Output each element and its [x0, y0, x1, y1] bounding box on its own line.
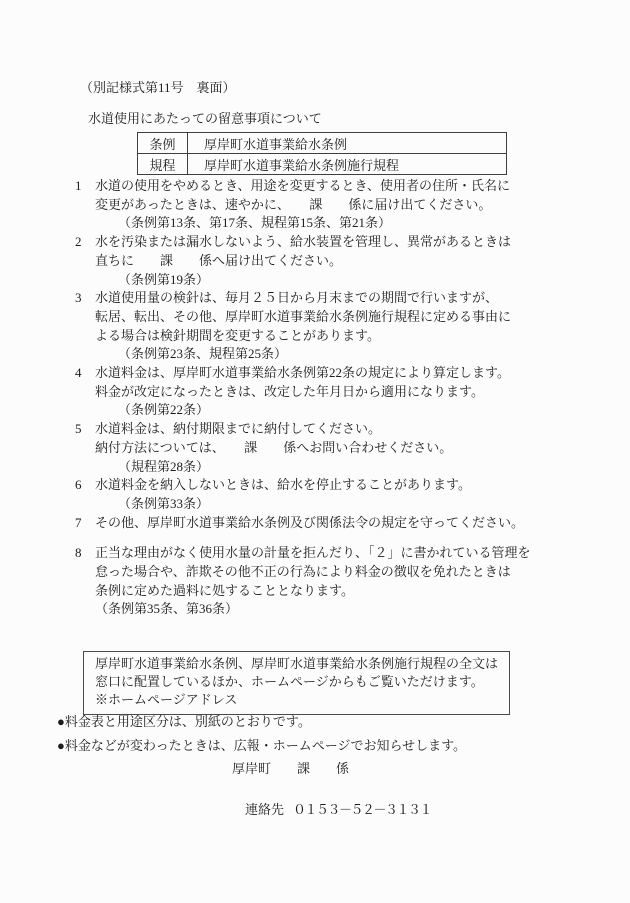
footer-office-line: 厚岸町 課 係 [232, 758, 349, 777]
phone-number: ０１５３－５２－３１３１ [293, 802, 431, 817]
note-item-6: 6 水道料金を納入しないときは、給水を停止することがあります。 （条例第33条） [75, 476, 580, 513]
item-citation: （条例第13条、第17条、規程第15条、第21条） [95, 214, 580, 233]
item-line: 正当な理由がなく使用水量の計量を拒んだり、「２」に書かれている管理を [95, 544, 580, 563]
item-number: 8 [75, 544, 95, 619]
notice-line: ※ホームページアドレス [95, 691, 509, 709]
item-body: 水道の使用をやめるとき、用途を変更するとき、使用者の住所・氏名に 変更があったと… [95, 177, 580, 233]
footer-contact-line: 連絡先０１５３－５２－３１３１ [232, 783, 431, 834]
regulation-reference-table: 条例 厚岸町水道事業給水条例 規程 厚岸町水道事業給水条例施行規程 [137, 132, 507, 175]
bullet-note: ●料金などが変わったときは、広報・ホームページでお知らせします。 [57, 734, 577, 758]
bullet-notes: ●料金表と用途区分は、別紙のとおりです。 ●料金などが変わったときは、広報・ホー… [57, 710, 577, 758]
notice-line: 窓口に配置しているほか、ホームページからもご覧いただけます。 [95, 673, 509, 691]
item-line: 直ちに 課 係へ届け出てください。 [95, 252, 580, 271]
item-line: 水道料金は、厚岸町水道事業給水条例第22条の規定により算定します。 [95, 364, 580, 383]
item-body: 水道使用量の検針は、毎月２５日から月末までの期間で行いますが、 転居、転出、その… [95, 289, 580, 364]
item-line: その他、厚岸町水道事業給水条例及び関係法令の規定を守ってください。 [95, 514, 580, 533]
item-line: 転居、転出、その他、厚岸町水道事業給水条例施行規程に定める事由に [95, 308, 580, 327]
item-body: 水道料金は、納付期限までに納付してください。 納付方法については、 課 係へお問… [95, 420, 580, 476]
item-line: 条例に定めた過料に処することとなります。 [95, 582, 580, 601]
item-number: 4 [75, 364, 95, 420]
form-number-label: （別記様式第11号 裏面） [80, 77, 236, 96]
note-item-5: 5 水道料金は、納付期限までに納付してください。 納付方法については、 課 係へ… [75, 420, 580, 476]
item-citation: （条例第22条） [95, 401, 580, 420]
item-line: 変更があったときは、速やかに、 課 係に届け出てください。 [95, 196, 580, 215]
regulation-row-value: 厚岸町水道事業給水条例施行規程 [188, 154, 507, 175]
item-line: 水道の使用をやめるとき、用途を変更するとき、使用者の住所・氏名に [95, 177, 580, 196]
item-body: 正当な理由がなく使用水量の計量を拒んだり、「２」に書かれている管理を 怠った場合… [95, 544, 580, 619]
note-item-8: 8 正当な理由がなく使用水量の計量を拒んだり、「２」に書かれている管理を 怠った… [75, 544, 580, 619]
item-number: 1 [75, 177, 95, 233]
item-line: よる場合は検針期間を変更することがあります。 [95, 327, 580, 346]
bullet-text: 料金表と用途区分は、別紙のとおりです。 [65, 714, 311, 729]
item-body: 水を汚染または漏水しないよう、給水装置を管理し、異常があるときは 直ちに 課 係… [95, 233, 580, 289]
item-line: 怠った場合や、詐欺その他不正の行為により料金の徴収を免れたときは [95, 563, 580, 582]
item-body: 水道料金を納入しないときは、給水を停止することがあります。 （条例第33条） [95, 476, 580, 513]
item-citation: （条例第19条） [95, 271, 580, 290]
bullet-marker: ● [57, 738, 65, 753]
note-item-3: 3 水道使用量の検針は、毎月２５日から月末までの期間で行いますが、 転居、転出、… [75, 289, 580, 364]
item-line: 水道料金は、納付期限までに納付してください。 [95, 420, 580, 439]
item-line: 水道使用量の検針は、毎月２５日から月末までの期間で行いますが、 [95, 289, 580, 308]
bullet-marker: ● [57, 714, 65, 729]
regulation-row-label: 条例 [138, 133, 188, 154]
bullet-text: 料金などが変わったときは、広報・ホームページでお知らせします。 [65, 738, 466, 753]
item-citation: （規程第28条） [95, 458, 580, 477]
note-item-7: 7 その他、厚岸町水道事業給水条例及び関係法令の規定を守ってください。 [75, 514, 580, 533]
notes-list: 1 水道の使用をやめるとき、用途を変更するとき、使用者の住所・氏名に 変更があっ… [75, 177, 580, 619]
item-line: 水を汚染または漏水しないよう、給水装置を管理し、異常があるときは [95, 233, 580, 252]
item-number: 5 [75, 420, 95, 476]
document-page: （別記様式第11号 裏面） 水道使用にあたっての留意事項について 条例 厚岸町水… [0, 0, 630, 903]
item-body: その他、厚岸町水道事業給水条例及び関係法令の規定を守ってください。 [95, 514, 580, 533]
notice-line: 厚岸町水道事業給水条例、厚岸町水道事業給水条例施行規程の全文は [95, 655, 509, 673]
table-row: 規程 厚岸町水道事業給水条例施行規程 [138, 154, 507, 175]
item-number: 6 [75, 476, 95, 513]
item-number: 7 [75, 514, 95, 533]
page-title: 水道使用にあたっての留意事項について [88, 108, 322, 127]
item-citation: （条例第33条） [95, 495, 580, 514]
bullet-note: ●料金表と用途区分は、別紙のとおりです。 [57, 710, 577, 734]
item-line: 料金が改定になったときは、改定した年月日から適用になります。 [95, 383, 580, 402]
contact-label: 連絡先 [245, 802, 284, 817]
item-citation: （条例第23条、規程第25条） [95, 345, 580, 364]
note-item-1: 1 水道の使用をやめるとき、用途を変更するとき、使用者の住所・氏名に 変更があっ… [75, 177, 580, 233]
item-line: 水道料金を納入しないときは、給水を停止することがあります。 [95, 476, 580, 495]
table-row: 条例 厚岸町水道事業給水条例 [138, 133, 507, 154]
note-item-2: 2 水を汚染または漏水しないよう、給水装置を管理し、異常があるときは 直ちに 課… [75, 233, 580, 289]
fulltext-notice-box: 厚岸町水道事業給水条例、厚岸町水道事業給水条例施行規程の全文は 窓口に配置してい… [83, 651, 510, 715]
note-item-4: 4 水道料金は、厚岸町水道事業給水条例第22条の規定により算定します。 料金が改… [75, 364, 580, 420]
item-body: 水道料金は、厚岸町水道事業給水条例第22条の規定により算定します。 料金が改定に… [95, 364, 580, 420]
item-number: 3 [75, 289, 95, 364]
item-number: 2 [75, 233, 95, 289]
regulation-row-value: 厚岸町水道事業給水条例 [188, 133, 507, 154]
regulation-row-label: 規程 [138, 154, 188, 175]
item-citation: （条例第35条、第36条） [95, 600, 580, 619]
item-line: 納付方法については、 課 係へお問い合わせください。 [95, 439, 580, 458]
